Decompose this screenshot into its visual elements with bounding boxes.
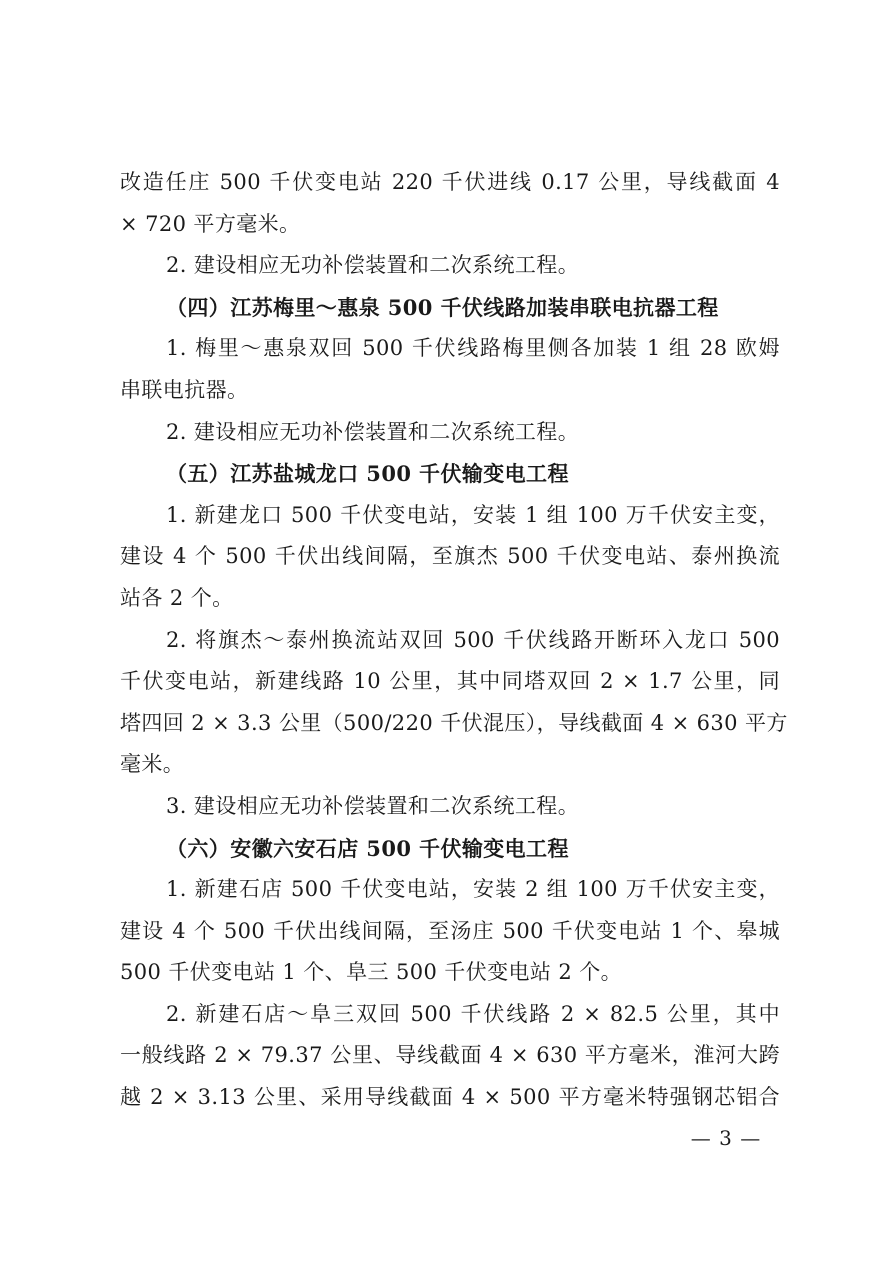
list-item: 2. 建设相应无功补偿装置和二次系统工程。 [120,412,780,454]
document-page: 改造任庄 500 千伏变电站 220 千伏进线 0.17 公里，导线截面 4 ×… [120,162,780,1119]
paragraph-line: 500 千伏变电站 1 个、阜三 500 千伏变电站 2 个。 [120,952,780,994]
list-item: 1. 新建龙口 500 千伏变电站，安装 1 组 100 万千伏安主变， [120,495,780,537]
paragraph-line: × 720 平方毫米。 [120,204,780,246]
list-item: 2. 将旗杰～泰州换流站双回 500 千伏线路开断环入龙口 500 [120,620,780,662]
section-heading: （四）江苏梅里～惠泉 500 千伏线路加装串联电抗器工程 [120,287,780,329]
paragraph-line: 改造任庄 500 千伏变电站 220 千伏进线 0.17 公里，导线截面 4 [120,162,780,204]
paragraph-line: 建设 4 个 500 千伏出线间隔，至旗杰 500 千伏变电站、泰州换流 [120,536,780,578]
paragraph-line: 塔四回 2 × 3.3 公里（500/220 千伏混压），导线截面 4 × 63… [120,703,780,745]
list-item: 1. 梅里～惠泉双回 500 千伏线路梅里侧各加装 1 组 28 欧姆 [120,328,780,370]
paragraph-line: 毫米。 [120,744,780,786]
paragraph-line: 千伏变电站，新建线路 10 公里，其中同塔双回 2 × 1.7 公里，同 [120,661,780,703]
paragraph-line: 建设 4 个 500 千伏出线间隔，至汤庄 500 千伏变电站 1 个、皋城 [120,911,780,953]
section-heading: （六）安徽六安石店 500 千伏输变电工程 [120,828,780,870]
paragraph-line: 站各 2 个。 [120,578,780,620]
paragraph-line: 串联电抗器。 [120,370,780,412]
page-number: — 3 — [690,1126,762,1150]
list-item: 3. 建设相应无功补偿装置和二次系统工程。 [120,786,780,828]
paragraph-line: 一般线路 2 × 79.37 公里、导线截面 4 × 630 平方毫米，淮河大跨 [120,1035,780,1077]
list-item: 2. 新建石店～阜三双回 500 千伏线路 2 × 82.5 公里，其中 [120,994,780,1036]
list-item: 2. 建设相应无功补偿装置和二次系统工程。 [120,245,780,287]
paragraph-line: 越 2 × 3.13 公里、采用导线截面 4 × 500 平方毫米特强钢芯铝合 [120,1077,780,1119]
section-heading: （五）江苏盐城龙口 500 千伏输变电工程 [120,453,780,495]
list-item: 1. 新建石店 500 千伏变电站，安装 2 组 100 万千伏安主变， [120,869,780,911]
